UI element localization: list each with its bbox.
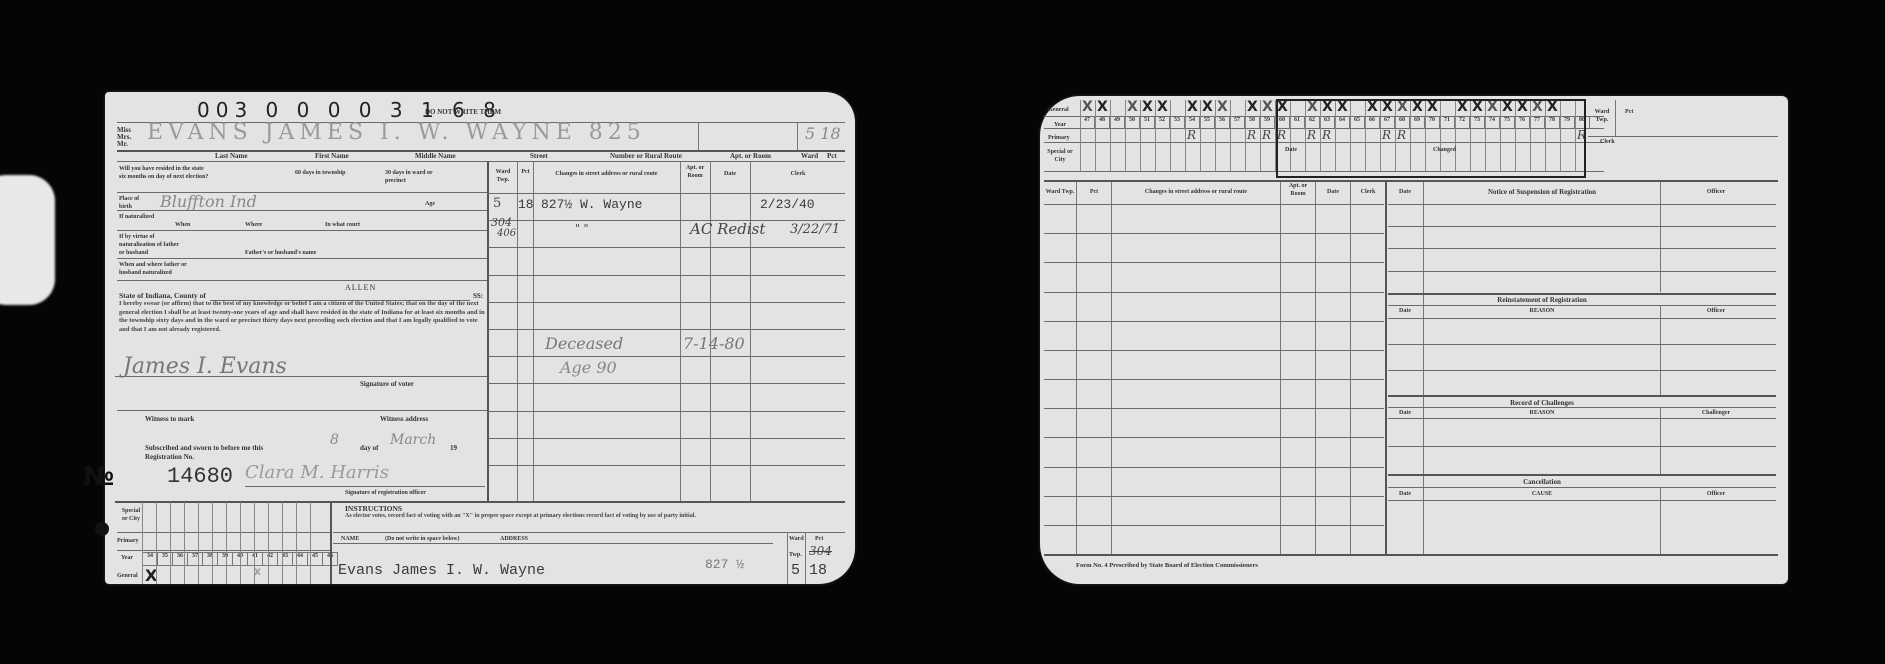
changed-box-label: Changed — [1433, 146, 1456, 154]
change-row-1-pct: 18 — [518, 197, 534, 212]
voter-registration-card-front: 003 0 0 0 0 3 1 6 8 DO NOT WRITE THEM Mi… — [105, 92, 855, 584]
suspension-officer-header: Officer — [1661, 188, 1771, 196]
apt-label: Apt. or Room — [730, 152, 771, 160]
change-row-rule — [1044, 379, 1384, 380]
registration-no-label: Registration No. — [145, 453, 194, 461]
typed-house-number: 827 ½ — [705, 557, 744, 572]
first-name-label: First Name — [315, 152, 349, 160]
special-city-row-label: Special or City — [1046, 148, 1074, 164]
hole-punch-dot — [95, 522, 109, 536]
year-cell-47: 47 — [1080, 117, 1095, 128]
deceased-note: Deceased — [545, 334, 623, 353]
primary-vote-mark-59: R — [1262, 128, 1271, 142]
right-apt-header: Apt. or Room — [1282, 182, 1314, 198]
day-of-label: day of — [360, 444, 378, 452]
special-city-label: Special or City — [119, 507, 143, 523]
birthplace-value: Bluffton Ind — [160, 192, 257, 211]
primary-vote-mark-58: R — [1247, 128, 1256, 142]
general-vote-mark-58: X — [1247, 99, 1258, 115]
date-header: Date — [712, 170, 748, 178]
cancellation-date-header: Date — [1388, 490, 1422, 498]
township-days-label: 60 days in township — [295, 169, 355, 177]
typed-pct: 18 — [809, 562, 827, 579]
middle-name-label: Middle Name — [415, 152, 456, 160]
change-row-rule — [1044, 437, 1384, 438]
naturalized-label: If naturalized — [119, 213, 159, 221]
boxed-years-region — [1276, 99, 1586, 178]
change-row-rule — [1044, 233, 1384, 234]
age-at-death-note: Age 90 — [560, 358, 617, 377]
change-row-1-date: 2/23/40 — [760, 197, 815, 212]
suspension-date-header: Date — [1388, 188, 1422, 196]
typed-ward: 5 — [791, 562, 800, 579]
reinstatement-reason-header: REASON — [1424, 307, 1660, 315]
ward-pct-handwritten: 5 18 — [805, 124, 841, 143]
pct-struck-value: 304 — [809, 544, 832, 558]
pct-side-label: Pct — [1625, 108, 1633, 116]
court-label: In what court — [325, 221, 360, 229]
ward-days-label: 30 days in ward or precinct — [385, 169, 450, 185]
reinstatement-date-header: Date — [1388, 307, 1422, 315]
change-row-1-ward: 5 — [493, 196, 501, 211]
reinstatement-title: Reinstatement of Registration — [1424, 296, 1660, 304]
subscribed-month: March — [390, 432, 436, 448]
changes-address-header: Changes in street address or rural route — [535, 170, 678, 178]
year-cell-49: 49 — [1110, 117, 1125, 128]
change-row-rule — [1044, 467, 1384, 468]
subscribed-label: Subscribed and sworn to before me this — [145, 444, 263, 452]
year-cell-58: 58 — [1245, 117, 1260, 128]
number-symbol: № — [83, 462, 114, 492]
cancellation-officer-header: Officer — [1661, 490, 1771, 498]
pct-header: Pct — [518, 168, 533, 176]
witness-mark-label: Witness to mark — [145, 415, 194, 423]
challenges-title: Record of Challenges — [1424, 399, 1660, 407]
change-row-2-address: " " — [575, 222, 589, 235]
right-clerk-header: Clerk — [1351, 188, 1385, 196]
change-row-rule — [1044, 408, 1384, 409]
year-cell-56: 56 — [1215, 117, 1230, 128]
street-label: Street — [530, 152, 548, 160]
birthplace-label: Place of birth — [119, 195, 149, 211]
year-cell-57: 57 — [1230, 117, 1245, 128]
general-vote-1942: X — [254, 568, 261, 578]
ward-label: Ward — [801, 152, 818, 160]
date-box-label: Date — [1285, 146, 1297, 154]
year-cell-54: 54 — [1185, 117, 1200, 128]
registration-officer-signature: Clara M. Harris — [245, 462, 389, 483]
ward-twp-header: Ward Twp. — [491, 168, 515, 184]
change-row-rule — [1044, 292, 1384, 293]
general-vote-mark-52: X — [1157, 99, 1168, 115]
witness-address-label: Witness address — [380, 415, 428, 423]
apt-room-header: Apt. or Room — [682, 164, 708, 180]
registration-number: 14680 — [167, 464, 233, 489]
deceased-date: 7-14-80 — [683, 334, 745, 353]
oath-text: I hereby swear (or affirm) that to the b… — [119, 300, 489, 334]
year-cell-48: 48 — [1095, 117, 1110, 128]
primary-vote-mark-54: R — [1187, 128, 1196, 142]
general-vote-mark-56: X — [1217, 99, 1228, 115]
change-row-1-address: 827½ W. Wayne — [541, 197, 642, 212]
year-cell-51: 51 — [1140, 117, 1155, 128]
clerk-side-label: Clerk — [1600, 138, 1615, 146]
year-cell-59: 59 — [1260, 117, 1275, 128]
general-vote-mark-51: X — [1142, 99, 1153, 115]
number-label: Number or Rural Route — [610, 152, 682, 160]
ss-label: SS: — [473, 292, 483, 300]
right-pct-header: Pct — [1077, 188, 1111, 196]
right-changes-header: Changes in street address or rural route — [1112, 188, 1280, 196]
primary-row-label: Primary — [1048, 134, 1070, 142]
name-column-label: NAME — [341, 535, 359, 543]
form-footer: Form No. 4 Prescribed by State Board of … — [1076, 562, 1258, 570]
cancellation-cause-header: CAUSE — [1424, 490, 1660, 498]
age-label: Age — [425, 200, 435, 208]
when-label: When — [175, 221, 190, 229]
challenges-challenger-header: Challenger — [1661, 409, 1771, 417]
year-cell-52: 52 — [1155, 117, 1170, 128]
instructions-text: As elector votes, record fact of voting … — [345, 513, 700, 520]
change-row-2-pct: 406 — [497, 228, 516, 239]
address-column-label: ADDRESS — [500, 535, 528, 543]
change-row-rule — [1044, 350, 1384, 351]
typed-name-address: Evans James I. W. Wayne — [338, 562, 545, 579]
challenges-reason-header: REASON — [1424, 409, 1660, 417]
father-naturalized-label: When and where father or husband natural… — [119, 261, 209, 277]
general-vote-mark-50: X — [1127, 99, 1138, 115]
general-vote-mark-55: X — [1202, 99, 1213, 115]
registration-officer-label: Signature of registration officer — [345, 489, 426, 497]
general-vote-mark-47: X — [1082, 99, 1093, 115]
general-label: General — [117, 572, 138, 580]
change-row-rule — [1044, 496, 1384, 497]
last-name-label: Last Name — [215, 152, 247, 160]
residence-question: Will you have resided in the state six m… — [119, 165, 209, 181]
change-row-rule — [1044, 321, 1384, 322]
pct-column-label: Pct — [815, 535, 823, 543]
change-row-2-date: 3/22/71 — [790, 222, 840, 237]
subscribed-day: 8 — [330, 432, 339, 448]
father-husband-name-label: Father's or husband's name — [245, 249, 316, 257]
ward-twp-side-label: Ward Twp. — [1592, 108, 1612, 124]
voter-name-handwritten: EVANS JAMES I. W. WAYNE 825 — [147, 120, 646, 145]
year-cell-50: 50 — [1125, 117, 1140, 128]
pct-label: Pct — [827, 152, 837, 160]
twp-column-label: Twp. — [789, 551, 802, 559]
voter-registration-card-back: General Year Primary Special or City 474… — [1040, 96, 1788, 584]
cancellation-title: Cancellation — [1424, 478, 1660, 486]
suspension-header: Notice of Suspension of Registration — [1424, 188, 1660, 196]
year-prefix: 19 — [450, 444, 457, 452]
change-row-rule — [1044, 525, 1384, 526]
instructions-title: INSTRUCTIONS — [345, 505, 402, 513]
primary-label: Primary — [117, 537, 139, 545]
ward-column-label: Ward — [789, 535, 804, 543]
adjacent-card-edge — [0, 175, 55, 305]
county-value: ALLEN — [345, 284, 376, 292]
title-mr: Mr. — [117, 140, 128, 148]
change-row-2-note: AC Redist — [690, 220, 765, 238]
county-label: State of Indiana, County of — [119, 292, 206, 300]
where-label: Where — [245, 221, 262, 229]
general-vote-mark-54: X — [1187, 99, 1198, 115]
general-row-label: General — [1048, 106, 1069, 114]
challenges-date-header: Date — [1388, 409, 1422, 417]
right-date-header: Date — [1316, 188, 1350, 196]
general-vote-mark-48: X — [1097, 99, 1108, 115]
change-row-rule — [1044, 262, 1384, 263]
year-label: Year — [121, 554, 133, 562]
signature-of-voter-label: Signature of voter — [360, 380, 414, 388]
do-not-write-label: DO NOT WRITE THEM — [425, 108, 501, 116]
general-vote-mark-59: X — [1262, 99, 1273, 115]
year-cell-53: 53 — [1170, 117, 1185, 128]
do-not-write-below: (Do not write in space below) — [385, 535, 460, 543]
clerk-header: Clerk — [753, 170, 843, 178]
right-ward-twp-header: Ward Twp. — [1044, 188, 1076, 196]
by-virtue-label: If by virtue of naturalization of father… — [119, 233, 179, 257]
year-cell-55: 55 — [1200, 117, 1215, 128]
reinstatement-officer-header: Officer — [1661, 307, 1771, 315]
change-row-rule — [1044, 204, 1384, 205]
